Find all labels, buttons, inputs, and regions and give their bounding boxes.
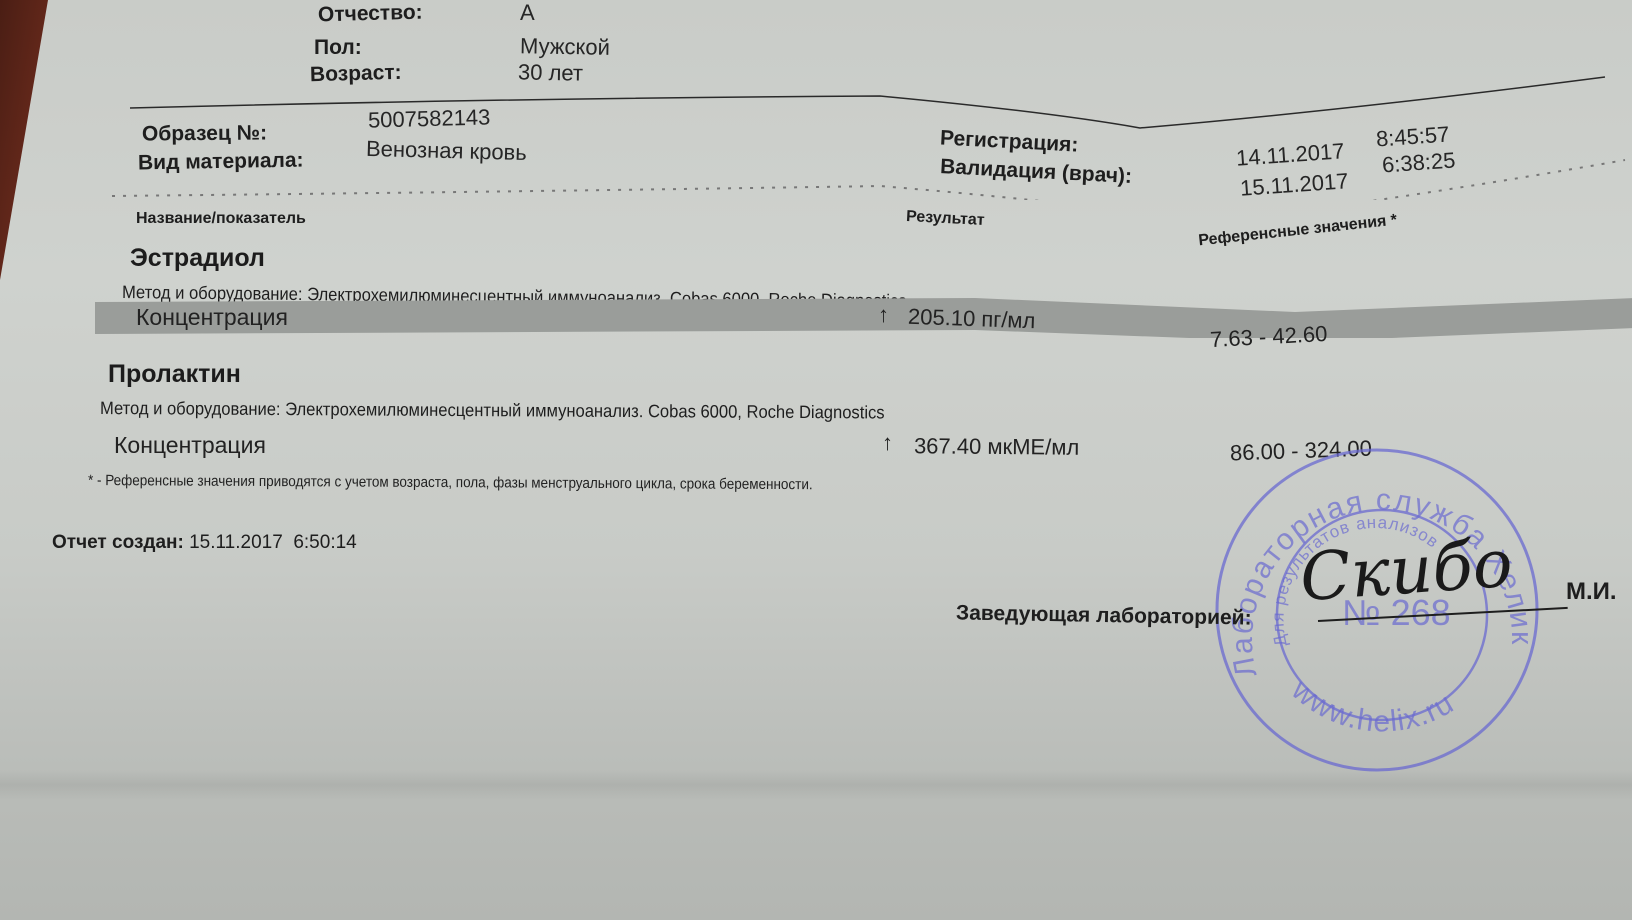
report-created: Отчет создан: 15.11.2017 6:50:14 (52, 532, 357, 554)
method-value: Электрохемилюминесцентный иммуноанализ. … (285, 399, 885, 422)
test-title-prolactin: Пролактин (108, 360, 241, 389)
result-prolactin: 367.40 мкМЕ/мл (914, 433, 1079, 460)
arrow-up-icon: ↑ (878, 302, 889, 328)
material-label: Вид материала: (138, 149, 304, 176)
stamp-url: www.helix.ru (1285, 673, 1460, 739)
method-label: Метод и оборудование: (100, 398, 281, 419)
lab-head-initials: М.И. (1566, 578, 1617, 606)
column-header-name: Название/показатель (136, 210, 306, 228)
method-label: Метод и оборудование: (122, 282, 303, 304)
sample-number-value: 5007582143 (368, 104, 491, 133)
arrow-up-icon: ↑ (882, 430, 893, 456)
parameter-prolactin: Концентрация (114, 432, 266, 459)
report-created-label: Отчет создан: (52, 532, 184, 553)
lab-report-photo: Отчество: А Пол: Мужской Возраст: 30 лет… (0, 0, 1632, 920)
svg-text:www.helix.ru: www.helix.ru (1285, 673, 1460, 739)
test-title-estradiol: Эстрадиол (130, 244, 265, 273)
method-prolactin: Метод и оборудование: Электрохемилюминес… (100, 398, 885, 423)
validation-time: 6:38:25 (1381, 147, 1456, 178)
parameter-estradiol: Концентрация (136, 304, 288, 331)
report-created-value: 15.11.2017 6:50:14 (189, 532, 357, 553)
handwritten-signature: Скибо (1298, 525, 1515, 617)
material-value: Венозная кровь (366, 136, 527, 166)
sample-number-label: Образец №: (142, 121, 267, 146)
lab-head-label: Заведующая лабораторией: (956, 601, 1252, 630)
result-estradiol: 205.10 пг/мл (908, 304, 1036, 334)
